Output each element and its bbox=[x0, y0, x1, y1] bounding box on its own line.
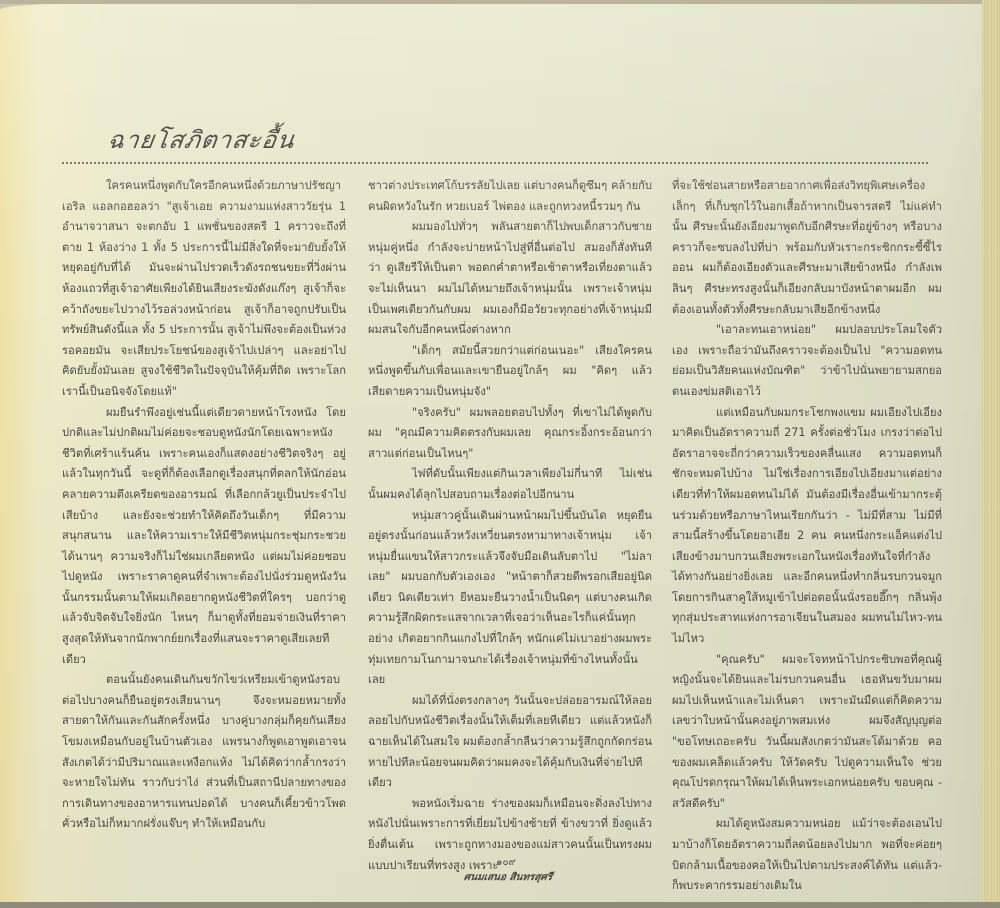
paragraph: "จริงครับ" ผมพลอยตอบไปทั้งๆ ที่เขาไม่ได้… bbox=[368, 403, 652, 465]
paragraph: ผมได้ดูหนังสมความหน่อย แม้ว่าจะต้องเอนไป… bbox=[672, 814, 942, 896]
paragraph: ผมยืนรำพึงอยู่เช่นนี้แต่เดียวดายหน้าโรงห… bbox=[62, 403, 346, 671]
paragraph: ชาวต่างประเทศโก้บรรลัยไปเลย แต่บางคนก็ดู… bbox=[368, 176, 652, 217]
text-column-3: ที่จะใช้ซ่อนสายหรือสายอากาศเพื่อส่งวิทยุ… bbox=[672, 176, 942, 897]
dotted-divider bbox=[62, 162, 928, 164]
text-column-1: ใครคนหนึ่งพูดกับใครอีกคนหนึ่งด้วยภาษาปรั… bbox=[62, 176, 346, 835]
paragraph: หนุ่มสาวคู่นั้นเดินผ่านหน้าผมไปขึ้นบันได… bbox=[368, 506, 652, 691]
paragraph: ผมมองไปทั่วๆ พลันสายตาก็ไปพบเด็กสาวกับชา… bbox=[368, 217, 652, 341]
page-number: ๑๐๙ bbox=[496, 855, 516, 870]
paragraph: ใครคนหนึ่งพูดกับใครอีกคนหนึ่งด้วยภาษาปรั… bbox=[62, 176, 346, 403]
bottom-shadow bbox=[0, 902, 1000, 908]
paragraph: ที่จะใช้ซ่อนสายหรือสายอากาศเพื่อส่งวิทยุ… bbox=[672, 176, 942, 320]
paragraph: "คุณครับ" ผมจะโจทหน้าไปกระซิบพอที่คุณผู้… bbox=[672, 650, 942, 815]
paragraph: ผมได้ที่นั่งตรงกลางๆ วันนั้นจะปล่อยอารมณ… bbox=[368, 691, 652, 794]
paragraph: ตอนนั้นยังคนเดินกันขวักไขว่เหรียมเข้าดูห… bbox=[62, 670, 346, 835]
paragraph: "เอาละทนเอาหน่อย" ผมปลอบประโลมใจตัวเอง เ… bbox=[672, 320, 942, 402]
paragraph: แต่เหมือนกับผมกระโชกพงแขม ผมเอียงไปเอียง… bbox=[672, 403, 942, 650]
book-page: ฉายโสภิตาสะอื้น ใครคนหนึ่งพูดกับใครอีกคน… bbox=[0, 4, 982, 904]
book-page-edges bbox=[982, 0, 1000, 908]
article-title: ฉายโสภิตาสะอื้น bbox=[105, 120, 297, 159]
paragraph: ไฟที่ดับนั้นเพียงแต่กินเวลาเพียงไม่กี่นา… bbox=[368, 464, 652, 505]
author-name: ศนมเสนอ สินทรสุศรี bbox=[462, 870, 553, 885]
paragraph: "เด็กๆ สมัยนี้สวยกว่าแต่ก่อนเนอะ" เสียงใ… bbox=[368, 341, 652, 403]
text-column-2: ชาวต่างประเทศโก้บรรลัยไปเลย แต่บางคนก็ดู… bbox=[368, 176, 652, 876]
